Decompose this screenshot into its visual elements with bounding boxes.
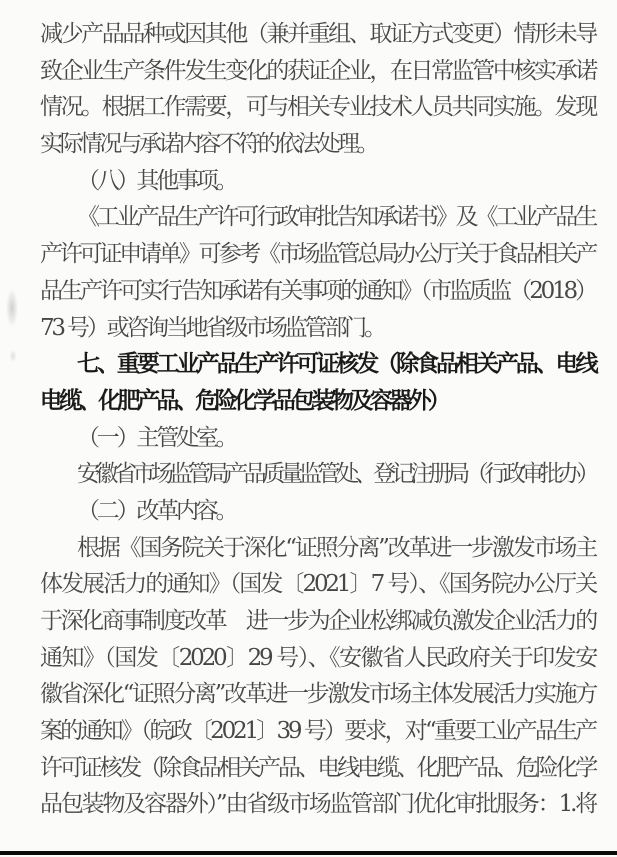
text-line: 徽省深化“证照分离”改革进一步激发市场主体发展活力实施方 <box>40 676 595 713</box>
scan-smudge-artifact-small <box>8 348 18 364</box>
section-heading-line: 七、重要工业产品生产许可证核发（除食品相关产品、电线 <box>40 346 595 383</box>
document-page: 减少产品品种或因其他（兼并重组、取证方式变更）情形未导 致企业生产条件发生变化的… <box>0 0 617 857</box>
text-line: 情况。根据工作需要，可与相关专业技术人员共同实施。发现 <box>40 89 595 126</box>
text-line: 实际情况与承诺内容不符的依法处理。 <box>40 126 595 163</box>
text-line: 体发展活力的通知》（国发〔2021〕7 号）、《国务院办公厅关 <box>40 566 595 603</box>
text-line: 安徽省市场监管局产品质量监管处、登记注册局（行政审批办） <box>40 456 595 493</box>
scan-smudge-artifact <box>4 282 20 334</box>
text-line: 产许可证申请单》可参考《市场监管总局办公厅关于食品相关产 <box>40 236 595 273</box>
text-line: （一）主管处室。 <box>40 420 595 457</box>
text-line: 案的通知》（皖政〔2021〕39 号）要求，对“重要工业产品生产 <box>40 713 595 750</box>
section-heading-line: 电缆、化肥产品、危险化学品包装物及容器外） <box>40 383 595 420</box>
text-line: 致企业生产条件发生变化的获证企业，在日常监管中核实承诺 <box>40 53 595 90</box>
text-line: （二）改革内容。 <box>40 493 595 530</box>
page-bottom-rule <box>0 851 617 855</box>
text-line: （八）其他事项。 <box>40 163 595 200</box>
text-line: 品包装物及容器外）”由省级市场监管部门优化审批服务：1.将 <box>40 786 595 823</box>
text-line: 《工业产品生产许可行政审批告知承诺书》及《工业产品生 <box>40 199 595 236</box>
text-line: 于深化商事制度改革 进一步为企业松绑减负激发企业活力的 <box>40 603 595 640</box>
text-line: 许可证核发（除食品相关产品、电线电缆、化肥产品、危险化学 <box>40 750 595 787</box>
text-line: 品生产许可实行告知承诺有关事项的通知》（市监质监（2018） <box>40 273 595 310</box>
text-line: 减少产品品种或因其他（兼并重组、取证方式变更）情形未导 <box>40 16 595 53</box>
document-body: 减少产品品种或因其他（兼并重组、取证方式变更）情形未导 致企业生产条件发生变化的… <box>40 16 595 823</box>
text-line: 通知》（国发〔2020〕29 号）、《安徽省人民政府关于印发安 <box>40 640 595 677</box>
text-line: 73 号）或咨询当地省级市场监管部门。 <box>40 310 595 347</box>
text-line: 根据《国务院关于深化“证照分离”改革进一步激发市场主 <box>40 530 595 567</box>
